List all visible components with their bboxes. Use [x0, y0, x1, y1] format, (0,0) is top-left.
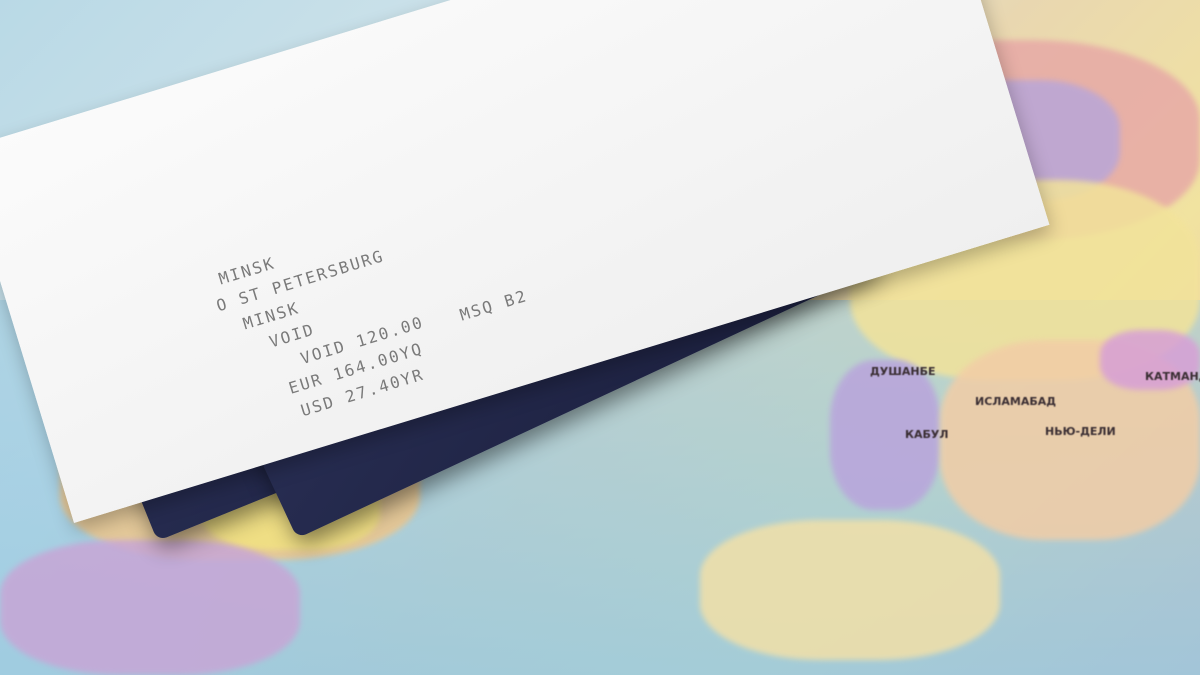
map-label: НЬЮ-ДЕЛИ	[1045, 425, 1116, 438]
map-region-iran	[700, 520, 1000, 660]
ticket-line: MSQ B2	[457, 286, 529, 325]
map-label: КАБУЛ	[905, 428, 949, 441]
map-label: КАТМАНДУ	[1145, 370, 1200, 383]
map-region-south-europe	[0, 540, 300, 675]
map-label: ИСЛАМАБАД	[975, 395, 1056, 408]
map-label: ДУШАНБЕ	[870, 365, 935, 378]
